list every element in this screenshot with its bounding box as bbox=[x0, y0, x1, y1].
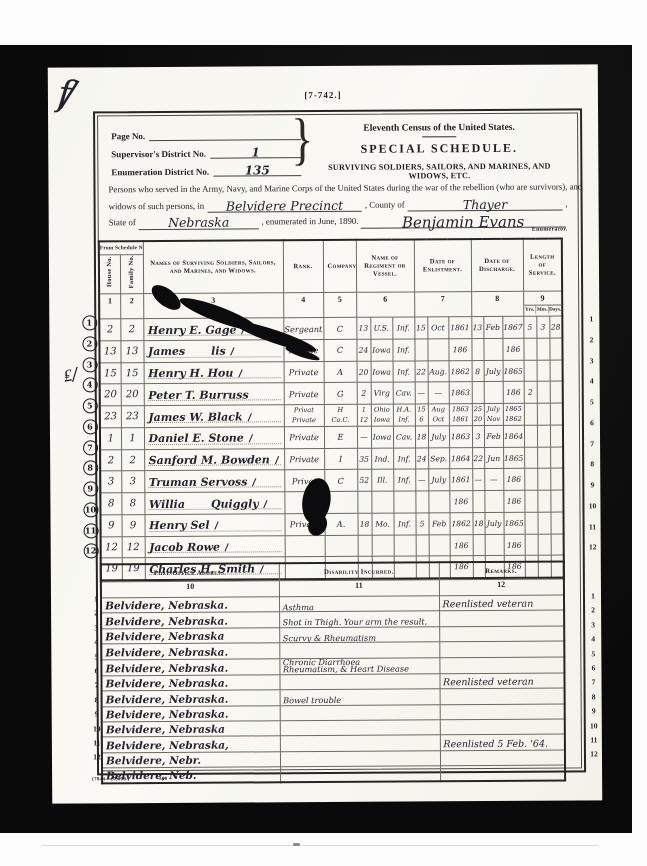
service-months-cell bbox=[538, 534, 551, 556]
soldier-row: 2 2 Henry E. Gage∕ Sergeant C 13 U.S. In… bbox=[99, 316, 562, 341]
company-cell: C bbox=[323, 317, 356, 339]
title-divider bbox=[422, 136, 456, 137]
house-no-cell: 8 bbox=[100, 493, 121, 515]
row-number: 8 bbox=[583, 455, 601, 476]
row-number: 3 bbox=[584, 618, 602, 633]
family-no-cell: 2 bbox=[121, 449, 144, 471]
row-number: 9 bbox=[81, 478, 99, 499]
discharge-month-cell bbox=[484, 491, 503, 513]
service-years-cell bbox=[524, 447, 537, 469]
service-years-cell bbox=[524, 360, 537, 382]
schedule-note-row: From Schedule No. 1. Names of Surviving … bbox=[99, 239, 562, 255]
enlist-year-cell: 1861 bbox=[449, 469, 472, 491]
scan-artifact-line bbox=[42, 845, 598, 846]
address-cell: Belvidere, Nebraska. bbox=[101, 675, 279, 691]
row-number: 10 bbox=[585, 719, 603, 734]
regiment-no-cell: 52 bbox=[357, 470, 371, 492]
page-no-label: Page No. bbox=[111, 131, 145, 141]
regiment-no-cell: — bbox=[357, 426, 371, 448]
enlist-day-cell: 18 bbox=[415, 426, 428, 448]
regiment-state-cell: Iowa bbox=[370, 339, 392, 361]
rank-cell: PrivatPrivate bbox=[284, 405, 324, 427]
regiment-state-cell: Ind. bbox=[371, 448, 393, 470]
family-no-cell: 23 bbox=[121, 406, 144, 428]
regiment-branch-cell: Inf. bbox=[392, 339, 414, 361]
discharge-year-cell: 1867 bbox=[502, 316, 523, 338]
regiment-branch-cell: Cav. bbox=[393, 426, 415, 448]
disability-cell bbox=[280, 751, 440, 767]
enlist-day-cell: — bbox=[415, 382, 428, 404]
regiment-branch-cell bbox=[394, 535, 416, 557]
regiment-state-cell bbox=[372, 535, 394, 557]
enlist-day-cell: — bbox=[415, 469, 428, 491]
regiment-no-cell: 24 bbox=[356, 339, 370, 361]
disability-cell bbox=[279, 674, 439, 690]
bottom-right-row-numbers: 123456789101112 bbox=[584, 589, 603, 762]
main-left-row-numbers: 123456789101112 bbox=[80, 312, 100, 561]
company-cell: A. bbox=[324, 513, 357, 535]
enumerator-label: Enumerator. bbox=[532, 224, 568, 238]
remarks-cell bbox=[439, 641, 564, 657]
col-header-disability: Disability Incurred. bbox=[279, 562, 439, 580]
row-number: 5 bbox=[81, 395, 99, 416]
enlist-day-cell bbox=[415, 491, 428, 513]
discharge-day-cell: 2520 bbox=[472, 404, 484, 426]
intro-paragraph: Persons who served in the Army, Navy, an… bbox=[108, 181, 567, 230]
service-months-cell bbox=[536, 338, 549, 360]
service-months-cell bbox=[537, 469, 550, 491]
row-number: 11 bbox=[82, 520, 100, 541]
row-number: 3 bbox=[87, 621, 105, 636]
service-months-cell bbox=[537, 447, 550, 469]
soldier-row: 9 9 Henry Sel∕ Private A. 18 Mo. Inf. 5 … bbox=[100, 512, 563, 537]
discharge-year-cell: 18651862 bbox=[503, 403, 524, 425]
row-number: 7 bbox=[584, 676, 602, 691]
row-number: 6 bbox=[81, 416, 99, 437]
discharge-month-cell bbox=[483, 338, 502, 360]
company-cell: A bbox=[324, 361, 357, 383]
family-no-cell: 15 bbox=[121, 362, 144, 384]
discharge-day-cell: 18 bbox=[473, 512, 485, 534]
service-days-cell bbox=[550, 381, 563, 403]
row-number: 3 bbox=[81, 354, 99, 375]
enlist-day-cell: 5 bbox=[416, 513, 429, 535]
disability-cell: Shot in Thigh. Your arm the result, bbox=[279, 611, 439, 627]
house-no-cell: 12 bbox=[101, 536, 122, 558]
service-months-cell bbox=[537, 403, 550, 425]
family-no-cell: 3 bbox=[121, 471, 144, 493]
row-number: 4 bbox=[87, 636, 105, 651]
service-days-cell bbox=[550, 468, 563, 490]
discharge-month-cell: Feb bbox=[484, 425, 503, 447]
discharge-year-cell: 1865 bbox=[504, 512, 525, 534]
col-no-12: 12 bbox=[439, 579, 564, 596]
disability-cell bbox=[280, 735, 440, 751]
col-header-company: Company. bbox=[323, 240, 356, 293]
company-cell: I bbox=[324, 448, 357, 470]
supervisor-district-row: Supervisor's District No. 1 bbox=[111, 140, 301, 159]
enlist-month-cell: AugOct bbox=[428, 404, 449, 426]
discharge-year-cell: 186 bbox=[503, 382, 524, 404]
address-cell: Belvidere, Nebraska. bbox=[101, 643, 279, 659]
regiment-state-cell: Ill. bbox=[371, 470, 393, 492]
rank-cell: Private bbox=[284, 383, 324, 405]
row-number: 6 bbox=[87, 664, 105, 679]
row-number: 2 bbox=[80, 333, 98, 354]
company-cell bbox=[325, 535, 358, 557]
soldier-row: 3 3 Truman Servoss∕ Privat C 52 Ill. Inf… bbox=[100, 468, 563, 493]
discharge-year-cell: 186 bbox=[503, 490, 524, 512]
col-header-discharge: Date of Discharge. bbox=[471, 239, 523, 292]
enlist-day-cell bbox=[414, 339, 427, 361]
soldier-row: 2 2 Sanford M. Bowden∕ Private I 35 Ind.… bbox=[100, 447, 563, 472]
row-number: 9 bbox=[585, 704, 603, 719]
discharge-month-cell: — bbox=[484, 469, 503, 491]
discharge-day-cell bbox=[473, 534, 485, 556]
disability-cell bbox=[280, 766, 440, 783]
enumeration-district-value: 135 bbox=[245, 163, 270, 177]
family-no-cell: 12 bbox=[122, 536, 145, 558]
soldier-name-cell: Henry Sel∕ bbox=[144, 514, 284, 537]
col-no-4: 4 bbox=[283, 293, 323, 318]
enumeration-district-row: Enumeration District No. 135 bbox=[111, 158, 301, 177]
enlist-month-cell bbox=[428, 491, 449, 513]
days-label: Days. bbox=[548, 306, 561, 314]
regiment-state-cell: Mo. bbox=[371, 513, 393, 535]
address-cell: Belvidere, Nebraska. bbox=[101, 597, 279, 613]
discharge-day-cell: 22 bbox=[472, 447, 484, 469]
service-years-cell bbox=[525, 512, 538, 534]
soldier-row: 13 13 Jameslis∕ Private C 24 Iowa Inf. 1… bbox=[99, 338, 562, 363]
rank-cell: Private bbox=[284, 426, 324, 448]
precinct-value: Belvidere Precinct bbox=[226, 197, 343, 213]
house-no-cell: 2 bbox=[100, 449, 121, 471]
remarks-cell bbox=[440, 704, 565, 720]
row-number: 7 bbox=[87, 679, 105, 694]
remarks-cell bbox=[439, 657, 564, 674]
house-no-cell: 3 bbox=[100, 471, 121, 493]
address-cell: Belvidere, Nebraska bbox=[102, 721, 280, 737]
discharge-month-cell: Feb bbox=[483, 317, 502, 339]
service-years-cell bbox=[523, 338, 536, 360]
service-days-cell bbox=[551, 534, 564, 556]
soldier-row: 8 8 WilliaQuiggly∕ 186 186 bbox=[100, 490, 563, 515]
soldier-name-cell: Henry H. Hou∕ bbox=[144, 361, 284, 384]
service-years-cell bbox=[524, 403, 537, 425]
family-no-cell: 2 bbox=[120, 319, 143, 341]
row-number: 4 bbox=[81, 375, 99, 396]
soldier-row: 23 23 James W. Black∕ PrivatPrivate HCo.… bbox=[100, 403, 563, 428]
address-table: Post-Office Address. Disability Incurred… bbox=[100, 561, 566, 785]
address-cell: Belvidere, Nebraska. bbox=[101, 612, 279, 628]
title-block: Eleventh Census of the United States. SP… bbox=[310, 123, 568, 182]
house-no-cell: 1 bbox=[100, 428, 121, 450]
col-no-5: 5 bbox=[323, 292, 356, 317]
enlist-day-cell: 156 bbox=[415, 404, 428, 426]
col-header-length: Length of Service. bbox=[523, 239, 562, 292]
enumerator-signature: Benjamin Evans bbox=[402, 213, 524, 232]
service-years-cell: 2 bbox=[524, 382, 537, 404]
county-label: , County of bbox=[365, 198, 405, 212]
soldier-name-cell: Peter T. Burruss bbox=[144, 383, 284, 406]
rank-cell: Private bbox=[284, 448, 324, 470]
enlist-month-cell: Oct bbox=[427, 317, 448, 339]
address-row: Belvidere, Neb. bbox=[102, 765, 565, 784]
scan-artifact-mark bbox=[293, 843, 300, 846]
disability-cell: Scurvy & Rheumatism bbox=[279, 627, 439, 643]
row-number: 8 bbox=[88, 693, 106, 708]
enlist-month-cell: July bbox=[428, 469, 449, 491]
discharge-day-cell: 3 bbox=[472, 425, 484, 447]
service-years-cell bbox=[525, 534, 538, 556]
col-header-family: Family No. bbox=[120, 255, 143, 294]
row-number: 2 bbox=[87, 607, 105, 622]
row-number: 12 bbox=[82, 541, 100, 562]
disability-cell: Asthma bbox=[279, 596, 439, 612]
form-number: [7-742.] bbox=[48, 88, 598, 101]
schedule-note: From Schedule No. 1. bbox=[99, 241, 143, 255]
service-months-cell bbox=[538, 512, 551, 534]
discharge-day-cell: — bbox=[472, 469, 484, 491]
county-value: Thayer bbox=[463, 196, 507, 211]
row-number: 8 bbox=[585, 690, 603, 705]
address-cell: Belvidere, Nebraska. bbox=[102, 690, 280, 706]
col-header-rank: Rank. bbox=[283, 240, 323, 293]
soldier-name-cell: Daniel E. Stone∕ bbox=[144, 427, 284, 450]
enlist-year-cell: 1864 bbox=[449, 447, 472, 469]
service-days-cell bbox=[549, 338, 562, 360]
regiment-no-cell: 2 bbox=[357, 383, 371, 405]
regiment-state-cell: Iowa bbox=[371, 426, 393, 448]
col-header-remarks: Remarks. bbox=[439, 562, 564, 580]
soldier-name-cell: Jacob Rowe∕ bbox=[145, 535, 285, 558]
main-right-row-numbers: 123456789101112 bbox=[582, 309, 602, 558]
address-cell: Belvidere, Nebraska, bbox=[102, 736, 280, 752]
disability-cell bbox=[280, 704, 440, 720]
company-cell: E bbox=[324, 426, 357, 448]
enlist-month-cell bbox=[427, 339, 448, 361]
remarks-cell bbox=[439, 610, 564, 626]
rank-cell: Private bbox=[284, 361, 324, 383]
discharge-day-cell bbox=[472, 491, 484, 513]
supervisor-label: Supervisor's District No. bbox=[111, 149, 206, 160]
discharge-month-cell: Jun bbox=[484, 447, 503, 469]
col-header-enlistment: Date of Enlistment. bbox=[414, 239, 471, 292]
state-value: Nebraska bbox=[168, 215, 229, 230]
discharge-year-cell: 186 bbox=[503, 469, 524, 491]
discharge-day-cell bbox=[471, 338, 483, 360]
row-number: 5 bbox=[584, 647, 602, 662]
remarks-cell bbox=[440, 765, 565, 782]
regiment-state-cell bbox=[371, 491, 393, 513]
regiment-no-cell: 20 bbox=[357, 361, 371, 383]
enlist-year-cell: 186 bbox=[450, 534, 473, 556]
regiment-no-cell bbox=[358, 535, 372, 557]
enlist-month-cell: July bbox=[428, 426, 449, 448]
census-title: Eleventh Census of the United States. bbox=[310, 123, 568, 135]
mos-label: Mos. bbox=[535, 306, 548, 314]
soldier-name-cell: Sanford M. Bowden∕ bbox=[144, 448, 284, 471]
enlist-day-cell: 22 bbox=[415, 361, 428, 383]
regiment-branch-cell: Inf. bbox=[393, 469, 415, 491]
service-months-cell bbox=[537, 360, 550, 382]
row-number: 10 bbox=[583, 496, 601, 517]
col-no-8: 8 bbox=[471, 291, 523, 316]
enlist-year-cell: 1863 bbox=[449, 426, 472, 448]
enlist-month-cell: Aug. bbox=[428, 360, 449, 382]
regiment-state-cell: OhioIowa bbox=[371, 404, 393, 426]
service-years-cell: 5 bbox=[523, 316, 536, 338]
row-number: 4 bbox=[584, 632, 602, 647]
enlist-year-cell: 1862 bbox=[450, 513, 473, 535]
row-number: 2 bbox=[584, 604, 602, 619]
regiment-branch-cell: Inf. bbox=[392, 317, 414, 339]
service-years-cell bbox=[524, 425, 537, 447]
col-no-1: 1 bbox=[99, 294, 120, 319]
row-number: 1 bbox=[582, 309, 600, 330]
enlist-month-cell: Feb bbox=[429, 513, 450, 535]
col-header-regiment: Name of Regiment or Vessel. bbox=[356, 239, 414, 292]
service-months-cell bbox=[537, 382, 550, 404]
soldier-name-cell: Truman Servoss∕ bbox=[144, 470, 284, 493]
regiment-branch-cell: Inf. bbox=[393, 513, 415, 535]
enlist-year-cell: 186 bbox=[449, 491, 472, 513]
district-block: Page No. Supervisor's District No. 1 Enu… bbox=[111, 122, 301, 177]
row-number: 11 bbox=[585, 733, 603, 748]
remarks-cell bbox=[440, 688, 565, 704]
row-number: 1 bbox=[87, 592, 105, 607]
regiment-branch-cell: H.A.Inf. bbox=[393, 404, 415, 426]
enlist-year-cell: 1862 bbox=[449, 360, 472, 382]
signature-line: Benjamin Evans Enumerator. bbox=[360, 211, 565, 229]
company-cell: C bbox=[323, 339, 356, 361]
regiment-state-cell: Virg bbox=[371, 383, 393, 405]
discharge-month-cell: July bbox=[485, 512, 504, 534]
discharge-month-cell: July bbox=[484, 360, 503, 382]
row-number: 11 bbox=[584, 517, 602, 538]
remarks-cell bbox=[440, 750, 565, 766]
discharge-month-cell: JulyNov bbox=[484, 404, 503, 426]
form-border-box: Page No. Supervisor's District No. 1 Enu… bbox=[93, 108, 586, 775]
address-cell: Belvidere, Nebr. bbox=[102, 751, 280, 767]
enlist-month-cell: — bbox=[428, 382, 449, 404]
intro-line-3: State of Nebraska , enumerated in June, … bbox=[109, 211, 568, 230]
enumeration-label: Enumeration District No. bbox=[111, 167, 209, 178]
col-header-house: House No. bbox=[99, 255, 120, 294]
row-number: 8 bbox=[81, 458, 99, 479]
row-number: 10 bbox=[81, 499, 99, 520]
family-no-cell: 13 bbox=[120, 341, 143, 363]
row-number: 4 bbox=[583, 372, 601, 393]
soldier-row: 1 1 Daniel E. Stone∕ Private E — Iowa Ca… bbox=[100, 425, 563, 450]
scanned-census-page: f∕ ₤∕ [7-742.] Page No. Supervisor's Dis… bbox=[0, 0, 647, 866]
company-cell: G bbox=[324, 383, 357, 405]
row-number: 9 bbox=[88, 707, 106, 722]
service-months-cell: 3 bbox=[536, 316, 549, 338]
row-number: 12 bbox=[88, 751, 106, 766]
row-number: 9 bbox=[583, 475, 601, 496]
discharge-year-cell: 1864 bbox=[503, 425, 524, 447]
bottom-left-row-numbers: 123456789101112 bbox=[87, 592, 106, 765]
enlist-day-cell: 15 bbox=[414, 317, 427, 339]
enlist-year-cell: 18631861 bbox=[449, 404, 472, 426]
col-no-2: 2 bbox=[120, 294, 143, 319]
row-number: 10 bbox=[88, 722, 106, 737]
family-no-cell: 1 bbox=[121, 428, 144, 450]
regiment-no-cell: 112 bbox=[357, 404, 371, 426]
page-no-row: Page No. bbox=[111, 122, 301, 141]
row-number: 6 bbox=[584, 661, 602, 676]
regiment-state-cell: Iowa bbox=[371, 361, 393, 383]
service-days-cell: 28 bbox=[549, 316, 562, 338]
row-number: 5 bbox=[583, 392, 601, 413]
service-months-cell bbox=[537, 425, 550, 447]
discharge-day-cell: 13 bbox=[471, 317, 483, 339]
enlist-year-cell: 186 bbox=[448, 339, 471, 361]
soldier-name-cell: Jameslis∕ bbox=[143, 340, 283, 363]
family-no-cell: 20 bbox=[121, 384, 144, 406]
family-no-cell: 8 bbox=[121, 493, 144, 515]
row-number: 1 bbox=[584, 589, 602, 604]
address-cell: Belvidere, Nebraska bbox=[101, 628, 279, 644]
col-no-11: 11 bbox=[279, 580, 439, 597]
regiment-no-cell bbox=[357, 491, 371, 513]
row-number: 7 bbox=[81, 437, 99, 458]
remarks-cell bbox=[440, 719, 565, 735]
supervisor-district-value: 1 bbox=[251, 145, 259, 159]
discharge-day-cell: 8 bbox=[472, 360, 484, 382]
print-code-left: (7844—20,000.) bbox=[92, 777, 130, 782]
house-no-cell: 15 bbox=[100, 362, 121, 384]
discharge-day-cell bbox=[472, 382, 484, 404]
address-cell: Belvidere, Nebraska. bbox=[102, 705, 280, 721]
house-no-cell: 20 bbox=[100, 384, 121, 406]
row-number: 12 bbox=[585, 748, 603, 763]
remarks-cell bbox=[439, 626, 564, 642]
service-days-cell bbox=[550, 490, 563, 512]
service-days-cell bbox=[550, 447, 563, 469]
col-no-7: 7 bbox=[414, 292, 471, 317]
remarks-cell: Reenlisted 5 Feb. '64. bbox=[440, 734, 565, 750]
enumerated-label: , enumerated in June, 1890. bbox=[261, 215, 358, 229]
soldier-name-cell: WilliaQuiggly∕ bbox=[144, 492, 284, 515]
service-days-cell bbox=[550, 403, 563, 425]
disability-cell bbox=[280, 720, 440, 736]
row-number: 11 bbox=[88, 736, 106, 751]
regiment-branch-cell bbox=[393, 491, 415, 513]
col-no-10: 10 bbox=[101, 581, 279, 598]
house-no-cell: 13 bbox=[99, 341, 120, 363]
discharge-month-cell bbox=[484, 382, 503, 404]
soldier-name-cell: James W. Black∕ bbox=[144, 405, 284, 428]
schedule-subtitle: SURVIVING SOLDIERS, SAILORS, AND MARINES… bbox=[310, 162, 568, 182]
discharge-year-cell: 186 bbox=[504, 534, 525, 556]
document-page: f∕ ₤∕ [7-742.] Page No. Supervisor's Dis… bbox=[48, 64, 602, 803]
disability-cell: Bowel trouble bbox=[280, 689, 440, 705]
enlist-year-cell: 1863 bbox=[449, 382, 472, 404]
row-number: 6 bbox=[583, 413, 601, 434]
discharge-month-cell bbox=[485, 534, 504, 556]
address-cell: Belvidere, Nebraska. bbox=[101, 658, 279, 675]
enlist-day-cell: 24 bbox=[415, 448, 428, 470]
service-days-cell bbox=[550, 360, 563, 382]
remarks-cell: Reenlisted veteran bbox=[439, 595, 564, 611]
regiment-branch-cell: Cav. bbox=[393, 382, 415, 404]
discharge-year-cell: 1865 bbox=[503, 360, 524, 382]
row-number: 2 bbox=[582, 330, 600, 351]
remarks-cell: Reenlisted veteran bbox=[439, 673, 564, 689]
service-years-cell bbox=[524, 469, 537, 491]
